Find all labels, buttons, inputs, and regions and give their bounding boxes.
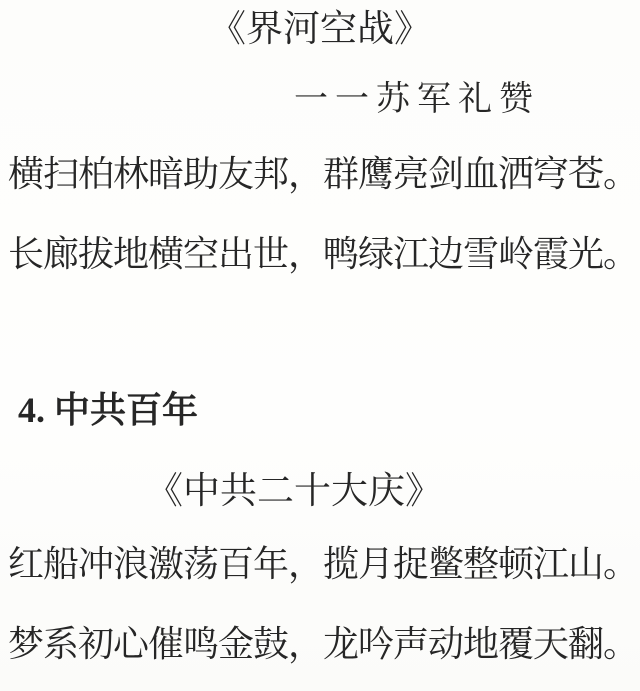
- poem1-title: 《界河空战》: [0, 11, 640, 48]
- poem1-dedication: 一一苏军礼赞: [0, 83, 640, 117]
- document-page: 《界河空战》 一一苏军礼赞 横扫柏林暗助友邦，群鹰亮剑血洒穹苍。 长廊拔地横空出…: [0, 0, 640, 691]
- poem2-verse-line-1: 红船冲浪激荡百年，揽月捉鳖整顿江山。: [8, 543, 638, 587]
- poem2-title: 《中共二十大庆》: [0, 473, 614, 510]
- poem2-verse-line-2: 梦系初心催鸣金鼓，龙吟声动地覆天翻。: [8, 623, 638, 667]
- poem1-verse-line-2: 长廊拔地横空出世，鸭绿江边雪岭霞光。: [8, 233, 638, 277]
- poem1-verse-line-1: 横扫柏林暗助友邦，群鹰亮剑血洒穹苍。: [8, 153, 638, 197]
- section-heading: 4. 中共百年: [18, 391, 198, 431]
